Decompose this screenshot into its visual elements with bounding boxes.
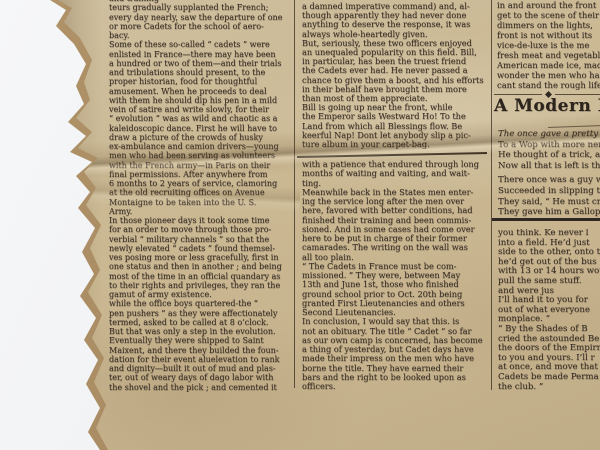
ornament-line [555,94,600,95]
text-line: pen pushers ” as they were affectionatel… [109,309,291,318]
text-line: termed, asked to be called at 8 o’clock. [109,318,291,327]
text-line: Maixent, and there they builded the foun… [109,346,291,355]
text-line: There once was a guy w [498,175,600,186]
text-line: with them he should dip his pen in a mil… [109,96,291,105]
text-line: most of the time in an official quandary… [109,272,291,281]
text-line: fresh meat and vegetabl [497,50,600,60]
text-line: In those pioneer days it took some time [109,216,291,225]
text-line: front is not without its [497,30,600,40]
text-line: ter, out of weary days of dago labor wit… [109,373,291,382]
text-line: the shovel and the pick ; and cemented i… [109,383,291,392]
text-line: They said, “ He must cr [498,197,600,208]
text-line: But that was only a step in the evolutio… [109,327,291,336]
text-line: teurs gradually supplanted the French; [109,3,291,12]
text-line: ves posing more or less gracefully, firs… [109,253,291,262]
right-column-bottom: you think. Ke never linto a field. He’d … [498,229,600,392]
text-line: officers. [302,382,488,391]
text-line: while the office boys quartered-the “ [109,299,291,308]
text-line: every day nearly, saw the departure of o… [109,13,291,22]
text-line: the club. ” [498,383,600,393]
text-line: vein of satire and write slowly, for the… [109,105,291,114]
text-line: in and around the front [497,0,600,10]
column-divider [491,0,492,390]
text-line: gamut of army existence. [109,290,291,299]
text-line: wonder the men who ha [497,70,600,80]
text-line: dimmers on the lights, [497,20,600,30]
text-line: and dignity—built it out of mud and plas… [109,364,291,373]
text-line: “ evolution ” was as wild and chaotic as… [109,114,291,123]
text-line: amusement. When he proceeds to deal [109,87,291,96]
text-line: Succeeded in slipping th [498,186,600,197]
text-line: and tribulations should present, to the [109,68,291,77]
text-line: Some of these so-called “ cadets ” were [109,40,291,49]
text-line: one status and then in another ; and bei… [109,262,291,271]
text-line: enlisted in France—there may have been [109,50,291,59]
text-line: Eventually they were shipped to Saint [109,336,291,345]
text-line: They gave him a Gallope [498,207,600,218]
text-line: a hundred or two of them—and their trial… [109,59,291,68]
text-line: newly elevated “ cadets ” found themsel- [109,244,291,253]
text-line: vice-de-luxe is the me [497,40,600,50]
text-line: dation for their event aluelevation to r… [109,355,291,364]
text-line: or more Cadets for the school of aero- [109,22,291,31]
right-column-top: in and around the frontget to the scene … [497,0,600,90]
text-line: cant stand the rough life [497,80,600,90]
photo-of-newspaper: { "photo": { "background_color": "#f1f2f… [0,0,600,450]
poem-stanza: There once was a guy wSucceeded in slipp… [498,175,600,217]
text-line: American made ice, mad [497,60,600,70]
text-line: Now all that is left is the [498,161,600,172]
article-headline: A Modern Mo [494,96,600,116]
text-line: get to the scene of their di [497,10,600,20]
ornament-line [494,94,542,95]
text-line: bacy. [109,31,291,40]
text-line: verbial “ military channels ” so that th… [109,235,291,244]
text-line: to their rights and privileges, they ran… [109,281,291,290]
middle-column-bottom: with a patience that endured through lon… [302,160,488,391]
text-line: proper historian, food for thoughtful [109,77,291,86]
thick-section-rule [492,218,600,221]
text-line: for an order to move through those pro- [109,225,291,234]
